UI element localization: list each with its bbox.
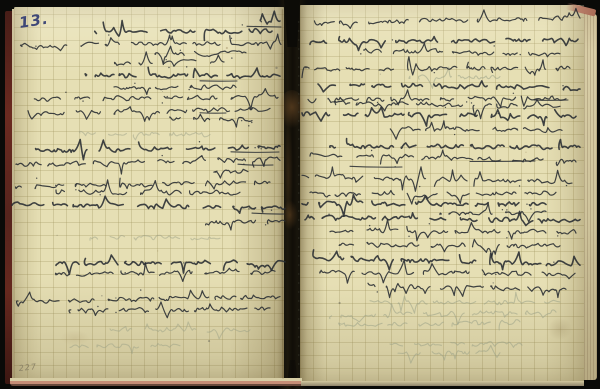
handwritten-underlines bbox=[200, 26, 568, 214]
handwriting-layer: 13. 227 bbox=[0, 0, 600, 389]
bleedthrough-text-left bbox=[70, 131, 250, 353]
ink-specks bbox=[57, 47, 529, 342]
folio-number: 227 bbox=[18, 362, 37, 373]
notebook-scan: 13. 227 bbox=[0, 0, 600, 389]
binding-stitch-holes bbox=[282, 10, 300, 378]
handwritten-text-right bbox=[302, 8, 580, 297]
page-number: 13. bbox=[18, 10, 50, 32]
